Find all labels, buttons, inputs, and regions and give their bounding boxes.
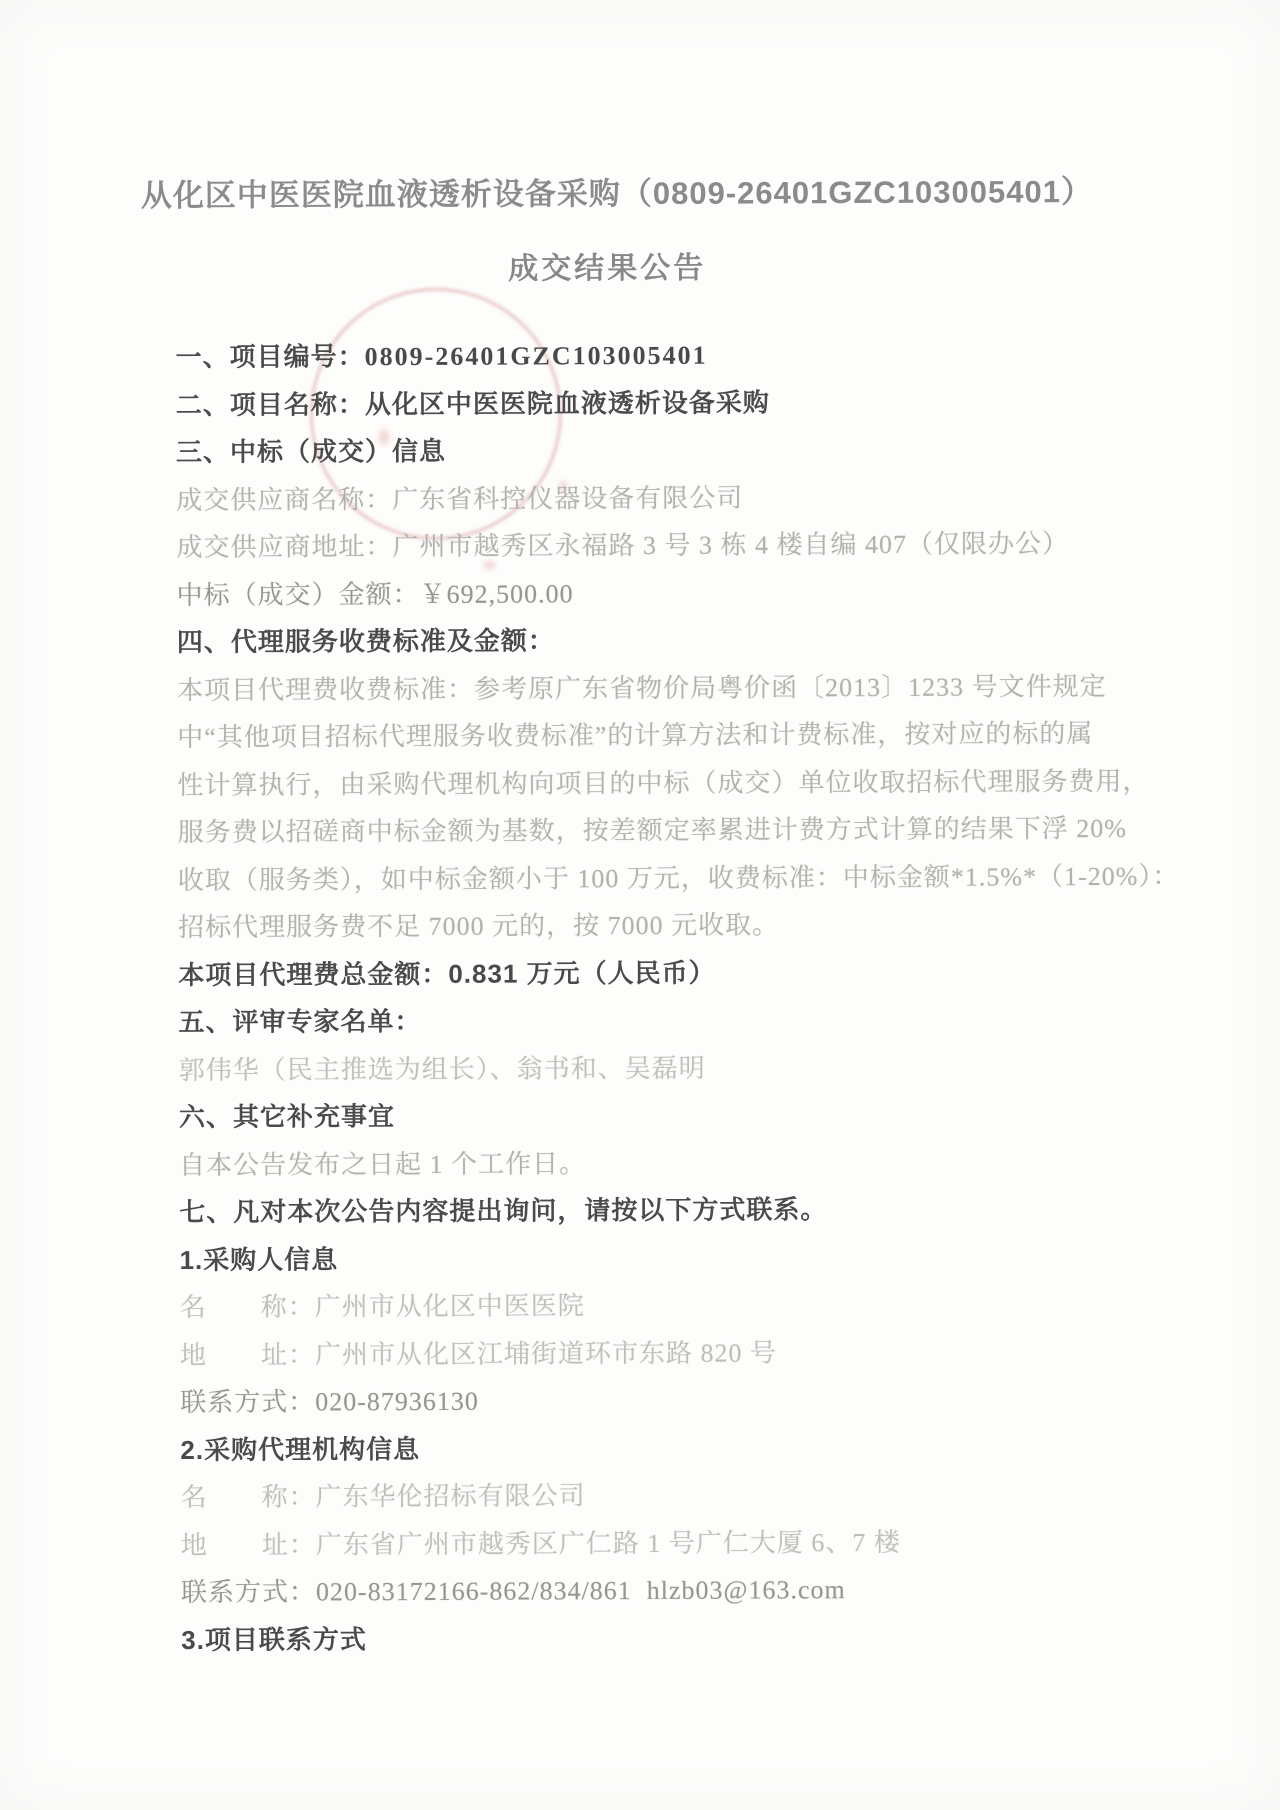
purchaser-name-line: 名 称：广州市从化区中医医院: [180, 1280, 1130, 1332]
fee-paragraph-line: 性计算执行，由采购代理机构向项目的中标（成交）单位收取招标代理服务费用，: [177, 757, 1127, 809]
document-subtitle: 成交结果公告: [0, 240, 1217, 289]
supplier-address-line: 成交供应商地址：广州市越秀区永福路 3 号 3 栋 4 楼自编 407（仅限办公…: [176, 520, 1126, 572]
fee-paragraph-line: 中“其他项目招标代理服务收费标准”的计算方法和计费标准，按对应的标的属: [177, 710, 1127, 762]
agency-contact-line: 联系方式：020-83172166-862/834/861 hlzb03@163…: [181, 1565, 1131, 1617]
agency-address-line: 地 址：广东省广州市越秀区广仁路 1 号广仁大厦 6、7 楼: [181, 1517, 1131, 1569]
document-title: 从化区中医医院血液透析设备采购（0809-26401GZC103005401）: [0, 165, 1237, 215]
fee-paragraph-line: 招标代理服务费不足 7000 元的，按 7000 元收取。: [178, 900, 1128, 952]
scan-content: 从化区中医医院血液透析设备采购（0809-26401GZC103005401） …: [0, 0, 1280, 1810]
award-info-heading: 三、中标（成交）信息: [176, 425, 1126, 477]
supplier-name-line: 成交供应商名称：广东省科控仪器设备有限公司: [176, 472, 1126, 524]
project-number-label: 一、项目编号：: [176, 341, 365, 372]
inquiry-heading: 七、凡对本次公告内容提出询问，请按以下方式联系。: [179, 1185, 1129, 1237]
project-name-line: 二、项目名称：从化区中医医院血液透析设备采购: [176, 377, 1126, 429]
document-body: 一、项目编号：0809-26401GZC103005401 二、项目名称：从化区…: [176, 330, 1132, 1664]
document-page: 从化区中医医院血液透析设备采购（0809-26401GZC103005401） …: [0, 0, 1280, 1810]
project-contact-heading: 3.项目联系方式: [181, 1612, 1131, 1664]
award-amount-line: 中标（成交）金额：￥692,500.00: [177, 567, 1127, 619]
fee-paragraph-line: 服务费以招磋商中标金额为基数，按差额定率累进计费方式计算的结果下浮 20%: [178, 805, 1128, 857]
project-number-value: 0809-26401GZC103005401: [365, 341, 708, 371]
fee-total-line: 本项目代理费总金额：0.831 万元（人民币）: [178, 947, 1128, 999]
purchaser-contact-line: 联系方式：020-87936130: [180, 1375, 1130, 1427]
purchaser-heading: 1.采购人信息: [179, 1232, 1129, 1284]
experts-names-line: 郭伟华（民主推选为组长）、翁书和、吴磊明: [179, 1042, 1129, 1094]
purchaser-address-line: 地 址：广州市从化区江埔街道环市东路 820 号: [180, 1327, 1130, 1379]
fee-paragraph-line: 收取（服务类），如中标金额小于 100 万元，收费标准：中标金额*1.5%*（1…: [178, 852, 1128, 904]
experts-heading: 五、评审专家名单：: [178, 995, 1128, 1047]
fee-paragraph-line: 本项目代理费收费标准：参考原广东省物价局粤价函〔2013〕1233 号文件规定: [177, 662, 1127, 714]
project-number-line: 一、项目编号：0809-26401GZC103005401: [176, 330, 1126, 382]
misc-text-line: 自本公告发布之日起 1 个工作日。: [179, 1137, 1129, 1189]
misc-heading: 六、其它补充事宜: [179, 1090, 1129, 1142]
agency-heading: 2.采购代理机构信息: [180, 1422, 1130, 1474]
fee-heading: 四、代理服务收费标准及金额：: [177, 615, 1127, 667]
agency-name-line: 名 称：广东华伦招标有限公司: [180, 1470, 1130, 1522]
